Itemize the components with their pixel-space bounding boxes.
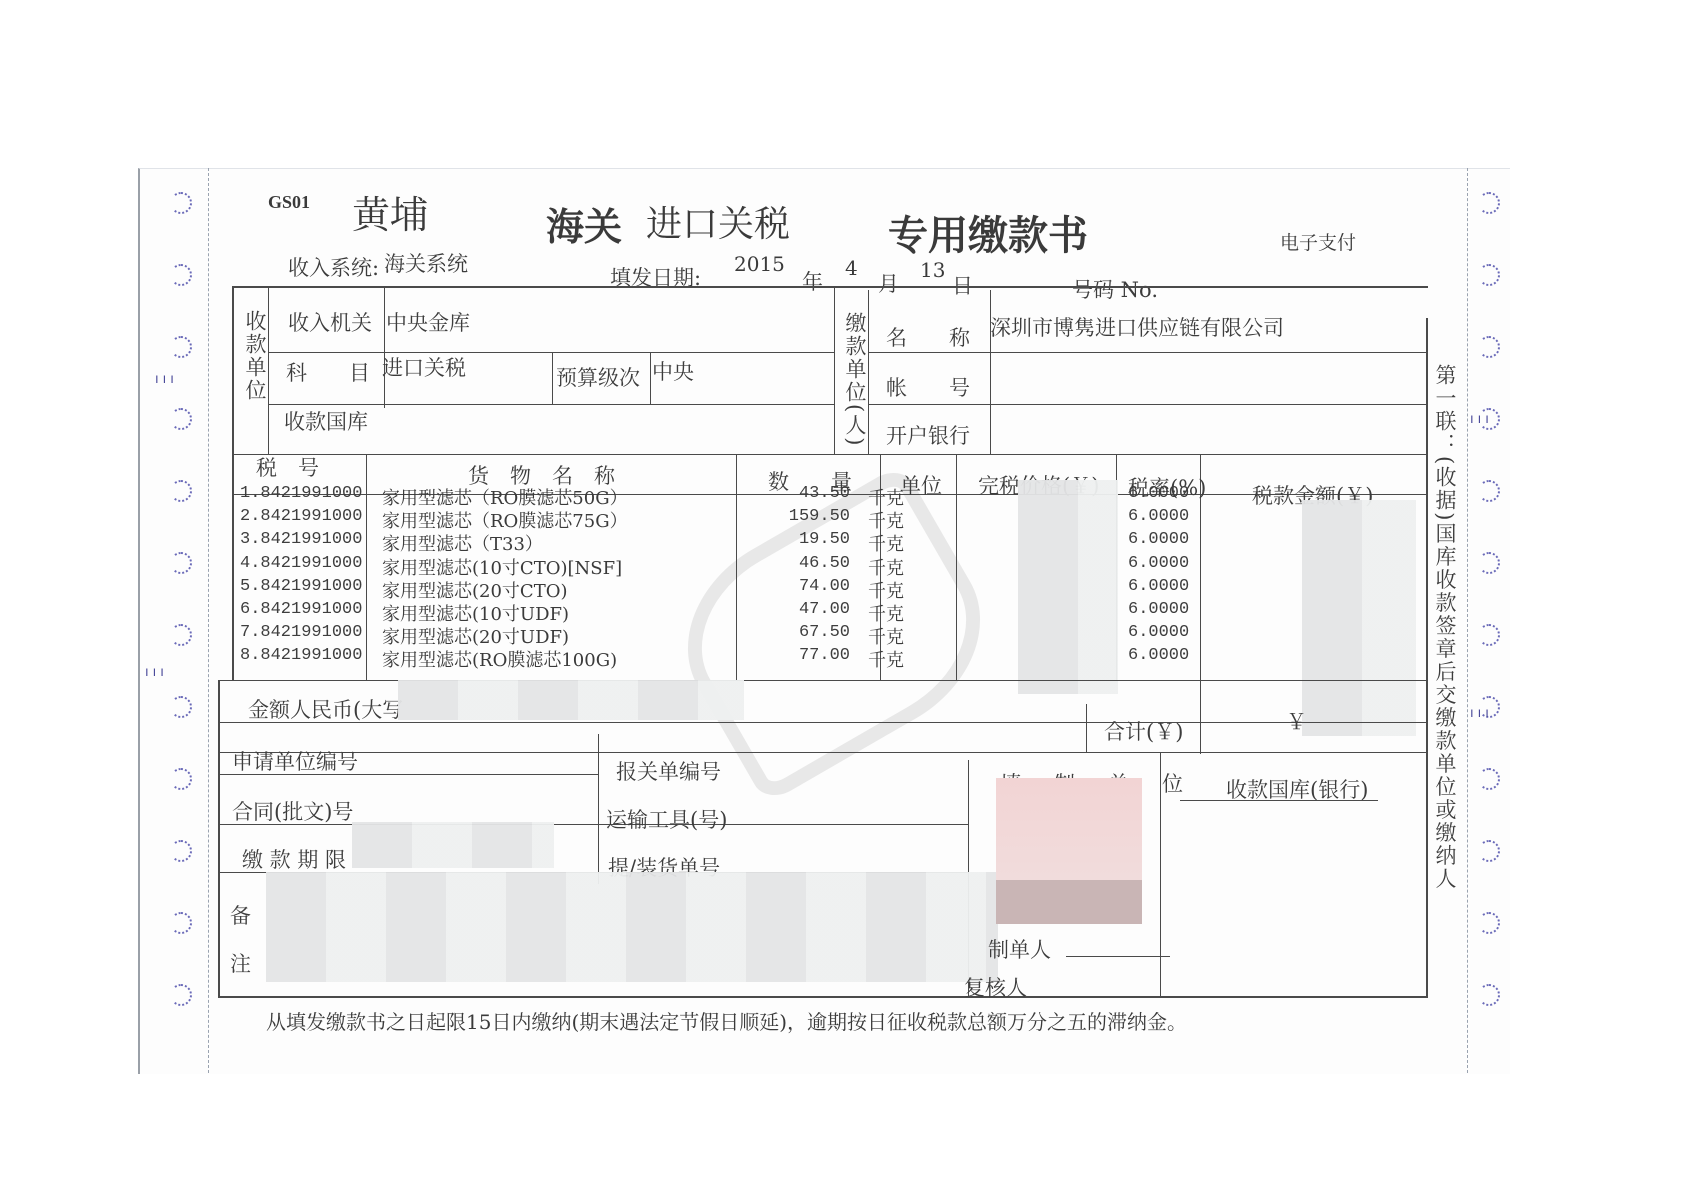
subject-label: 科 目 bbox=[286, 357, 370, 387]
day-label: 日 bbox=[952, 270, 973, 300]
treasury-label: 收款国库 bbox=[284, 406, 368, 436]
row-tax-rate: 6.0000 bbox=[1128, 507, 1189, 526]
income-system-label: 收入系统: bbox=[288, 252, 379, 282]
tick-marks: ııı bbox=[145, 665, 168, 680]
redacted-remarks bbox=[266, 872, 998, 982]
col-header-unit: 单位 bbox=[900, 470, 942, 500]
issue-year: 2015 bbox=[734, 252, 785, 276]
redacted-deadline bbox=[352, 822, 554, 868]
number-label: 号码 No. bbox=[1072, 274, 1158, 304]
row-tax-rate: 6.0000 bbox=[1128, 530, 1189, 549]
declaration-no-label: 报关单编号 bbox=[616, 756, 721, 786]
tractor-hole bbox=[170, 192, 192, 214]
redacted-tax-amount bbox=[1302, 500, 1416, 736]
row-unit: 千克 bbox=[868, 623, 904, 649]
tractor-hole bbox=[1478, 768, 1500, 790]
tractor-hole bbox=[170, 984, 192, 1006]
reviewer-label: 复核人 bbox=[964, 972, 1027, 1002]
row-tax-no: 4.8421991000 bbox=[240, 554, 362, 573]
row-tax-rate: 6.0000 bbox=[1128, 577, 1189, 596]
row-unit: 千克 bbox=[868, 507, 904, 533]
transport-label: 运输工具(号) bbox=[606, 804, 727, 834]
tractor-hole bbox=[1478, 336, 1500, 358]
tractor-hole bbox=[1478, 624, 1500, 646]
row-goods-name: 家用型滤芯（T33） bbox=[382, 530, 543, 556]
row-tax-rate: 6.0000 bbox=[1128, 554, 1189, 573]
payment-deadline-label: 缴 款 期 限 bbox=[242, 844, 346, 874]
tractor-hole bbox=[170, 768, 192, 790]
tractor-hole bbox=[170, 840, 192, 862]
row-goods-name: 家用型滤芯(20寸UDF) bbox=[382, 623, 569, 649]
row-quantity: 19.50 bbox=[750, 530, 850, 549]
tractor-hole bbox=[170, 480, 192, 502]
row-goods-name: 家用型滤芯（RO膜滤芯50G） bbox=[382, 484, 628, 510]
payment-method: 电子支付 bbox=[1280, 228, 1356, 255]
perforation-line-right bbox=[1467, 168, 1468, 1073]
row-goods-name: 家用型滤芯(RO膜滤芯100G) bbox=[382, 646, 617, 672]
tractor-hole bbox=[1478, 480, 1500, 502]
redacted-issuer-stamp bbox=[996, 778, 1142, 924]
perforation-line-left bbox=[208, 168, 209, 1073]
redacted-duty-value bbox=[1018, 480, 1118, 694]
frame-bottom bbox=[218, 996, 1426, 998]
budget-level-value: 中央 bbox=[652, 356, 694, 386]
row-unit: 千克 bbox=[868, 646, 904, 672]
row-unit: 千克 bbox=[868, 530, 904, 556]
contract-label: 合同(批文)号 bbox=[232, 796, 353, 826]
tractor-hole bbox=[170, 336, 192, 358]
tractor-hole bbox=[170, 552, 192, 574]
row-quantity: 159.50 bbox=[750, 507, 850, 526]
tractor-hole bbox=[170, 696, 192, 718]
col-header-tax-no: 税 号 bbox=[256, 452, 319, 482]
tractor-hole bbox=[170, 912, 192, 934]
row-unit: 千克 bbox=[868, 577, 904, 603]
row-quantity: 74.00 bbox=[750, 577, 850, 596]
year-label: 年 bbox=[802, 266, 823, 296]
payer-account-label: 帐 号 bbox=[886, 372, 970, 402]
row-quantity: 77.00 bbox=[750, 646, 850, 665]
row-tax-no: 3.8421991000 bbox=[240, 530, 362, 549]
customs-office: 黄埔 bbox=[352, 184, 428, 239]
remarks-label-2: 注 bbox=[230, 948, 251, 978]
title-payment-book: 专用缴款书 bbox=[888, 204, 1088, 261]
income-authority-value: 中央金库 bbox=[386, 307, 470, 337]
row-unit: 千克 bbox=[868, 484, 904, 510]
month-label: 月 bbox=[878, 268, 899, 298]
copy-note: 第一联：(收据)国库收款签章后交缴款单位或缴纳人 bbox=[1430, 364, 1460, 890]
row-tax-no: 6.8421991000 bbox=[240, 600, 362, 619]
payer-name-label: 名 称 bbox=[886, 322, 970, 352]
amount-words-label: 金额人民币(大写 bbox=[248, 694, 403, 724]
income-system-value: 海关系统 bbox=[384, 248, 468, 278]
payer-name-value: 深圳市博隽进口供应链有限公司 bbox=[990, 312, 1284, 342]
tractor-hole bbox=[170, 264, 192, 286]
tractor-hole bbox=[1478, 264, 1500, 286]
tick-marks: ııı bbox=[1470, 412, 1493, 427]
tractor-hole bbox=[170, 624, 192, 646]
frame-top bbox=[234, 286, 1428, 288]
row-tax-no: 5.8421991000 bbox=[240, 577, 362, 596]
row-tax-no: 1.8421991000 bbox=[240, 484, 362, 503]
receiver-group-label: 收款单位 bbox=[240, 310, 270, 402]
form-code: GS01 bbox=[268, 192, 310, 213]
income-authority-label: 收入机关 bbox=[288, 307, 372, 337]
row-tax-rate: 6.0000 bbox=[1128, 646, 1189, 665]
subject-value: 进口关税 bbox=[382, 352, 466, 382]
preparer-label: 制单人 bbox=[988, 934, 1051, 964]
row-unit: 千克 bbox=[868, 554, 904, 580]
tractor-hole bbox=[1478, 912, 1500, 934]
row-tax-rate: 6.0000 bbox=[1128, 600, 1189, 619]
applicant-code-label: 申请单位编号 bbox=[232, 746, 358, 776]
row-tax-no: 8.8421991000 bbox=[240, 646, 362, 665]
row-goods-name: 家用型滤芯(20寸CTO) bbox=[382, 577, 567, 603]
footer-note: 从填发缴款书之日起限15日内缴纳(期末遇法定节假日顺延)，逾期按日征收税款总额万… bbox=[266, 1006, 1187, 1035]
tractor-hole bbox=[1478, 192, 1500, 214]
total-label: 合计(￥) bbox=[1104, 716, 1183, 746]
remarks-label-1: 备 bbox=[230, 900, 251, 930]
row-quantity: 43.50 bbox=[750, 484, 850, 503]
row-tax-rate: 6.0000 bbox=[1128, 623, 1189, 642]
row-goods-name: 家用型滤芯(10寸UDF) bbox=[382, 600, 569, 626]
row-goods-name: 家用型滤芯(10寸CTO)[NSF] bbox=[382, 554, 622, 580]
row-goods-name: 家用型滤芯（RO膜滤芯75G） bbox=[382, 507, 628, 533]
tractor-hole bbox=[170, 408, 192, 430]
tick-marks: ııı bbox=[155, 372, 178, 387]
row-quantity: 47.00 bbox=[750, 600, 850, 619]
row-tax-no: 7.8421991000 bbox=[240, 623, 362, 642]
tractor-hole bbox=[1478, 984, 1500, 1006]
budget-level-label: 预算级次 bbox=[556, 362, 640, 392]
title-tax-type: 进口关税 bbox=[646, 196, 790, 247]
row-tax-no: 2.8421991000 bbox=[240, 507, 362, 526]
row-tax-rate: 6.0000 bbox=[1128, 484, 1189, 503]
payer-group-label: 缴款单位(人) bbox=[840, 312, 870, 447]
payer-bank-label: 开户银行 bbox=[886, 420, 970, 450]
issue-month: 4 bbox=[845, 256, 858, 280]
tick-marks: ııı bbox=[1470, 706, 1493, 721]
title-customs: 海关 bbox=[546, 196, 622, 251]
total-currency: ￥ bbox=[1286, 706, 1307, 736]
tractor-hole bbox=[1478, 552, 1500, 574]
issue-day: 13 bbox=[920, 258, 945, 282]
row-unit: 千克 bbox=[868, 600, 904, 626]
row-quantity: 46.50 bbox=[750, 554, 850, 573]
redacted-amount-words bbox=[398, 680, 744, 720]
tractor-hole bbox=[1478, 840, 1500, 862]
row-quantity: 67.50 bbox=[750, 623, 850, 642]
